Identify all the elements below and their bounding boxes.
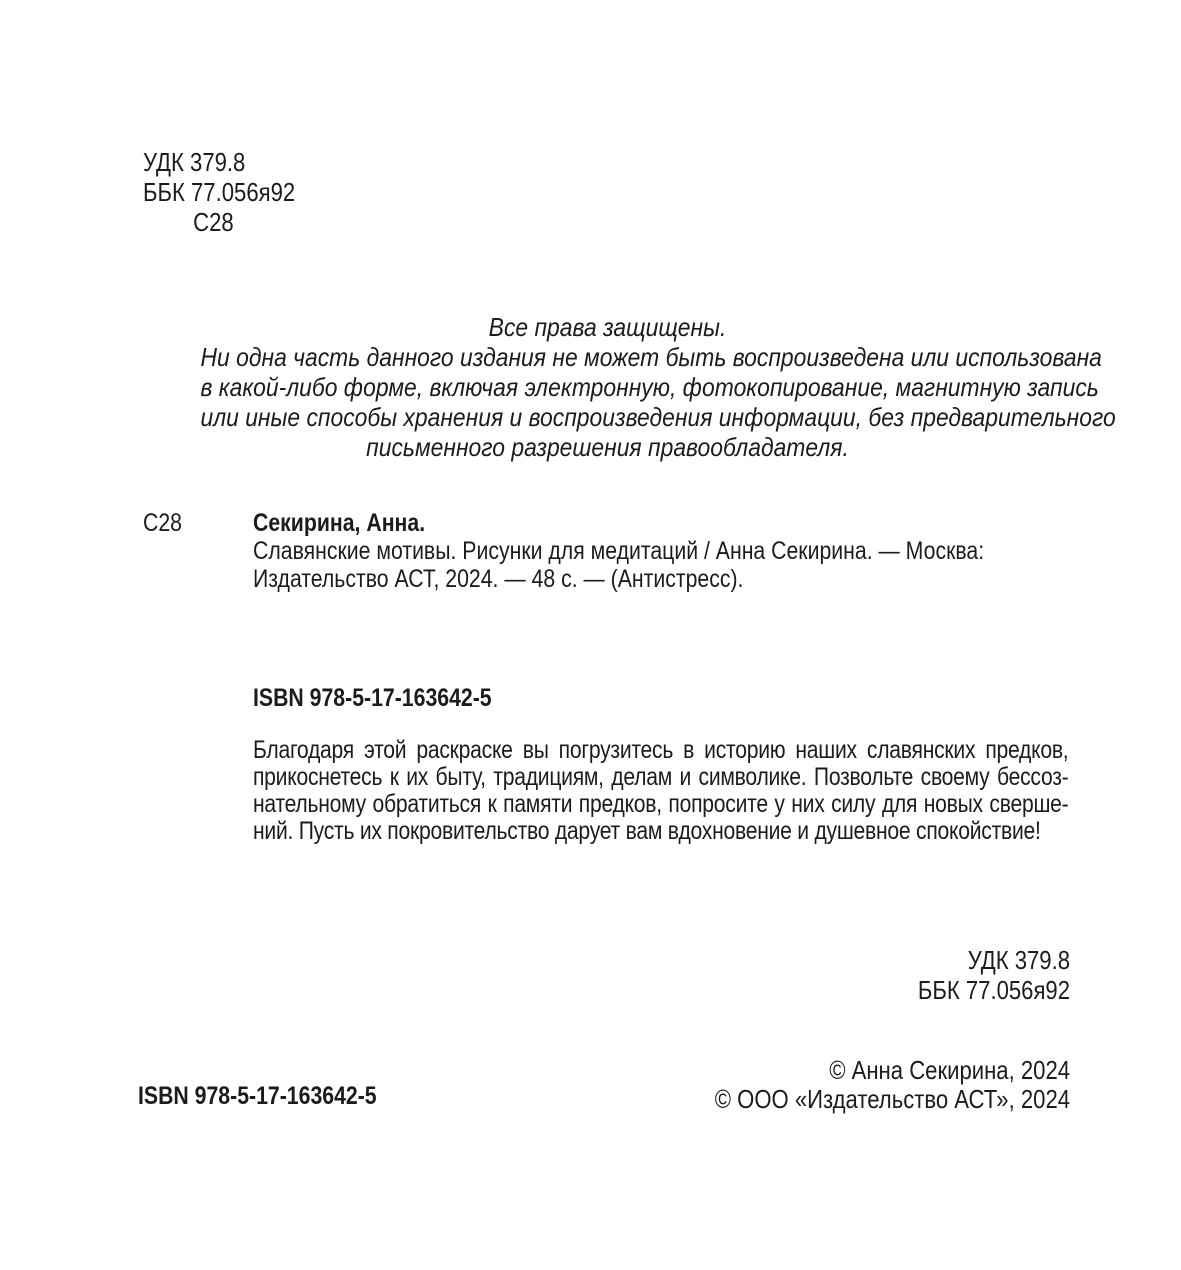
rights-notice-line: Ни одна часть данного издания не может б… [201,342,1015,372]
author-sign-code: С28 [143,207,295,237]
isbn-bottom: ISBN 978-5-17-163642-5 [138,1083,377,1109]
annotation-line: ний. Пусть их покровительство дарует вам… [253,818,1068,845]
copyright-author-line: © Анна Секирина, 2024 [715,1056,1070,1085]
udk-code-bottom: УДК 379.8 [918,945,1070,975]
rights-notice-line: в какой-либо форме, включая электронную,… [201,372,1015,402]
imprint-page: { "top_codes": { "udk": "УДК 379.8", "bb… [0,0,1181,1270]
annotation-line: прикоснетесь к их быту, традициям, делам… [253,764,1068,791]
catalog-entry: Секирина, Анна. Славянские мотивы. Рисун… [253,509,984,593]
annotation-line: нательному обратиться к памяти предков, … [253,791,1068,818]
annotation-paragraph: Благодаря этой раскраске вы погрузитесь … [253,737,1068,845]
copyright-block: © Анна Секирина, 2024 © ООО «Издательств… [715,1056,1070,1114]
catalog-line: Издательство АСТ, 2024. — 48 с. — (Антис… [253,565,984,593]
catalog-author: Секирина, Анна. [253,509,984,537]
rights-notice-line: или иные способы хранения и воспроизведе… [201,402,1015,432]
rights-notice-line: Все права защищены. [201,312,1015,342]
copyright-publisher-line: © ООО «Издательство АСТ», 2024 [715,1085,1070,1114]
catalog-author-sign: С28 [143,509,182,537]
catalog-line: Славянские мотивы. Рисунки для медитаций… [253,537,984,565]
annotation-line: Благодаря этой раскраске вы погрузитесь … [253,737,1068,764]
udk-code: УДК 379.8 [143,147,295,177]
rights-notice-line: письменного разрешения правообладателя. [201,432,1015,462]
bottom-classification-block: УДК 379.8 ББК 77.056я92 [918,945,1070,1005]
rights-notice: Все права защищены. Ни одна часть данног… [201,312,1015,462]
isbn-top: ISBN 978-5-17-163642-5 [253,685,492,711]
top-classification-block: УДК 379.8 ББК 77.056я92 С28 [143,147,295,237]
bbk-code-bottom: ББК 77.056я92 [918,975,1070,1005]
bbk-code: ББК 77.056я92 [143,177,295,207]
